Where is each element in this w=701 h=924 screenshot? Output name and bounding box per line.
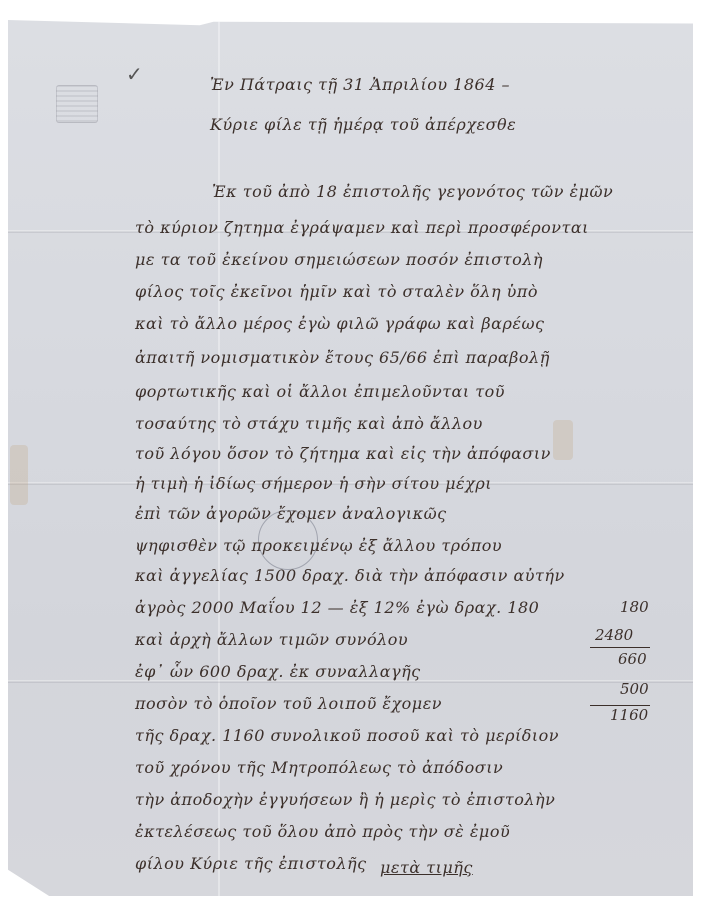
closing-line: φίλου Κύριε τῆς ἐπιστολῆς: [135, 854, 367, 873]
calc-value: 180: [620, 598, 649, 616]
body-line: καὶ τὸ ἄλλο μέρος ἐγὼ φιλῶ γράφω καὶ βαρ…: [135, 314, 544, 333]
body-line: ἐκτελέσεως τοῦ ὅλου ἀπὸ πρὸς τὴν σὲ ἐμοῦ: [135, 822, 510, 841]
body-line: με τα τοῦ ἐκείνου σημειώσεων ποσόν ἐπιστ…: [135, 250, 543, 269]
body-line: τῆς δραχ. 1160 συνολικοῦ ποσοῦ καὶ τὸ με…: [135, 726, 559, 745]
calc-value: 2480: [595, 626, 633, 644]
paper-stain: [553, 420, 573, 460]
body-line: Ἐκ τοῦ ἀπὸ 18 ἐπιστολῆς γεγονότος τῶν ἐμ…: [212, 182, 613, 201]
body-line: φορτωτικῆς καὶ οἱ ἄλλοι ἐπιμελοῦνται τοῦ: [135, 382, 505, 401]
body-line: ψηφισθὲν τῷ προκειμένῳ ἐξ ἄλλου τρόπου: [135, 536, 502, 555]
body-line: τοσαύτης τὸ στάχυ τιμῆς καὶ ἀπὸ ἄλλου: [135, 414, 483, 433]
calc-rule: [590, 647, 650, 648]
check-mark-icon: ✓: [126, 62, 143, 86]
body-line: ἐπὶ τῶν ἀγορῶν ἔχομεν ἀναλογικῶς: [135, 504, 447, 523]
body-line: ἐφ᾽ ὧν 600 δραχ. ἐκ συναλλαγῆς: [135, 662, 421, 681]
calc-value: 1160: [610, 706, 648, 724]
body-line: τὸ κύριον ζητημα ἐγράψαμεν καὶ περὶ προσ…: [135, 218, 589, 237]
paper-stain: [10, 445, 28, 505]
body-line: καὶ ἀγγελίας 1500 δραχ. διὰ τὴν ἀπόφασιν…: [135, 566, 565, 585]
body-line: φίλος τοῖς ἐκεῖνοι ἡμῖν καὶ τὸ σταλὲν ὅλ…: [135, 282, 538, 301]
body-line: τοῦ λόγου ὅσον τὸ ζήτημα καὶ εἰς τὴν ἀπό…: [135, 444, 551, 463]
salutation-line: Κύριε φίλε τῇ ἡμέρᾳ τοῦ ἀπέρχεσθε: [210, 115, 516, 134]
calc-rule: [590, 705, 650, 706]
body-line: ποσὸν τὸ ὁποῖον τοῦ λοιποῦ ἔχομεν: [135, 694, 442, 713]
body-line: ἡ τιμὴ ἡ ἰδίως σήμερον ἡ σὴν σίτου μέχρι: [135, 474, 492, 493]
blind-stamp-mark: [56, 85, 98, 123]
body-line: τὴν ἀποδοχὴν ἐγγυήσεων ἢ ἡ μερὶς τὸ ἐπισ…: [135, 790, 555, 809]
body-line: τοῦ χρόνου τῆς Μητροπόλεως τὸ ἀπόδοσιν: [135, 758, 503, 777]
calc-value: 500: [620, 680, 649, 698]
body-line: ἀπαιτῆ νομισματικὸν ἔτους 65/66 ἐπὶ παρα…: [135, 348, 550, 367]
body-line: ἀγρὸς 2000 Μαΐου 12 — ἐξ 12% ἐγὼ δραχ. 1…: [135, 598, 539, 617]
signature: μετὰ τιμῆς: [380, 858, 473, 877]
place-date-line: Ἐν Πάτραις τῇ 31 Ἀπριλίου 1864 –: [210, 75, 510, 94]
calc-value: 660: [618, 650, 647, 668]
body-line: καὶ ἀρχὴ ἄλλων τιμῶν συνόλου: [135, 630, 408, 649]
